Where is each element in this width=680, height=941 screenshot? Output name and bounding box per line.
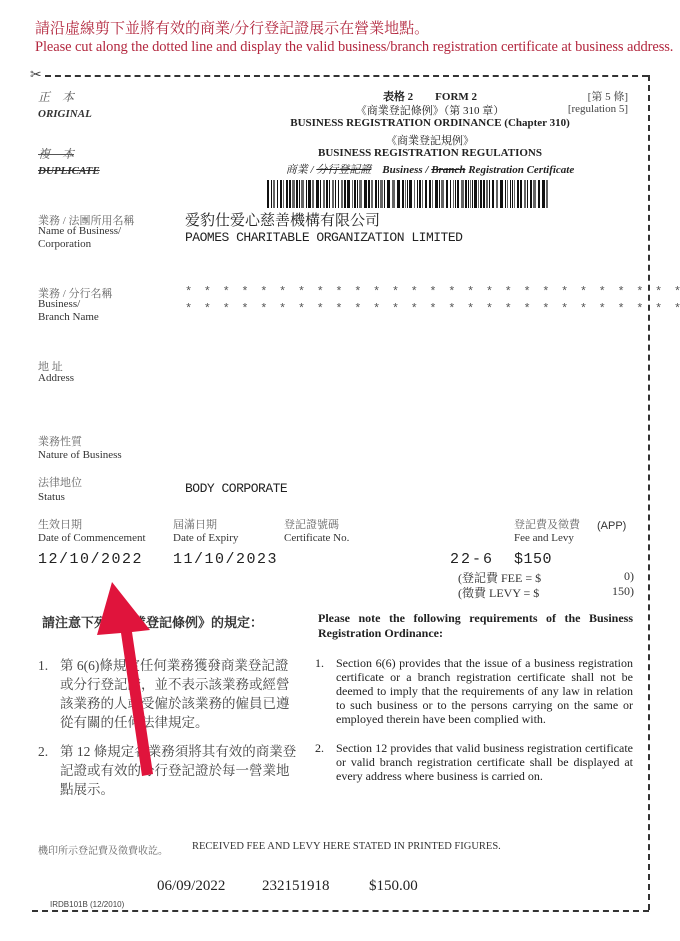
red-arrow-annotation [0,0,680,941]
